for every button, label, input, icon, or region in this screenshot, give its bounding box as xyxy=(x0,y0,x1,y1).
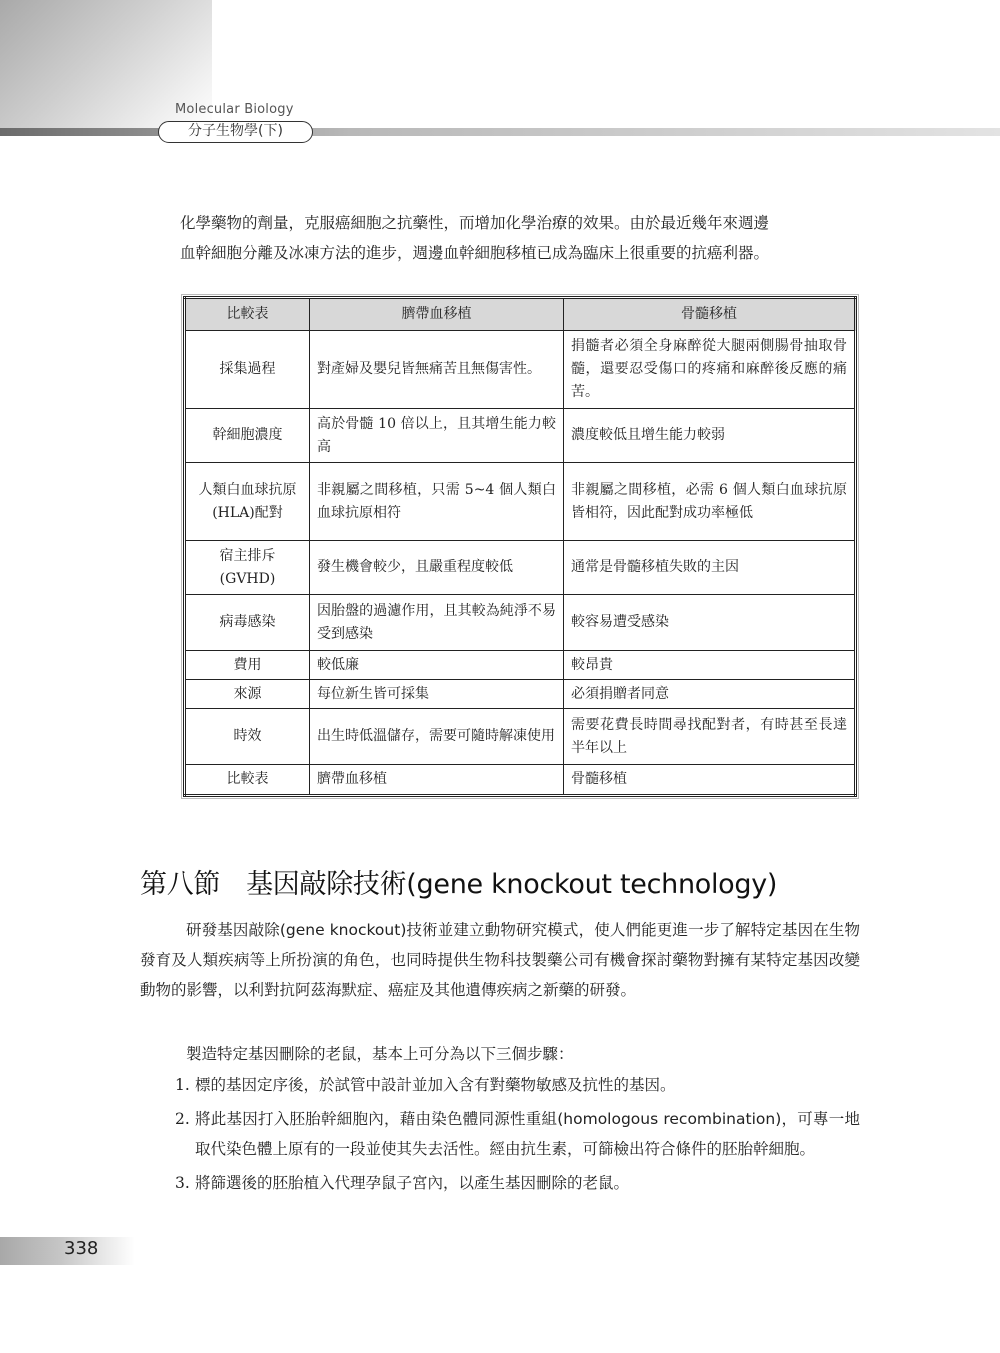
section-title: 基因敲除技術(gene knockout technology) xyxy=(246,869,777,900)
row-label: 採集過程 xyxy=(185,331,310,409)
cord-blood-cell: 臍帶血移植 xyxy=(310,765,564,796)
row-label: 人類白血球抗原(HLA)配對 xyxy=(185,463,310,541)
row-label: 病毒感染 xyxy=(185,595,310,651)
bone-marrow-cell: 必須捐贈者同意 xyxy=(564,680,856,709)
table-row: 來源 每位新生皆可採集 必須捐贈者同意 xyxy=(185,680,856,709)
bone-marrow-cell: 通常是骨髓移植失敗的主因 xyxy=(564,541,856,595)
running-title-chinese: 分子生物學(下) xyxy=(158,121,313,143)
step-text: 標的基因定序後，於試管中設計並加入含有對藥物敏感及抗性的基因。 xyxy=(189,1070,860,1100)
step-number: 3. xyxy=(175,1168,189,1198)
section-paragraph-1: 研發基因敲除(gene knockout)技術並建立動物研究模式，使人們能更進一… xyxy=(140,915,860,1005)
comparison-table: 比較表 臍帶血移植 骨髓移植 採集過程 對產婦及嬰兒皆無痛苦且無傷害性。 捐髓者… xyxy=(183,296,857,797)
table-row: 比較表 臍帶血移植 骨髓移植 xyxy=(185,765,856,796)
steps-list: 1. 標的基因定序後，於試管中設計並加入含有對藥物敏感及抗性的基因。 2. 將此… xyxy=(175,1070,860,1202)
bone-marrow-cell: 需要花費長時間尋找配對者，有時甚至長達半年以上 xyxy=(564,709,856,765)
step-number: 2. xyxy=(175,1104,189,1164)
intro-line: 化學藥物的劑量，克服癌細胞之抗藥性，而增加化學治療的效果。由於最近幾年來週邊 xyxy=(180,208,860,238)
bone-marrow-cell: 捐髓者必須全身麻醉從大腿兩側腸骨抽取骨髓，還要忍受傷口的疼痛和麻醉後反應的痛苦。 xyxy=(564,331,856,409)
table-row: 宿主排斥(GVHD) 發生機會較少，且嚴重程度較低 通常是骨髓移植失敗的主因 xyxy=(185,541,856,595)
bone-marrow-cell: 較容易遭受感染 xyxy=(564,595,856,651)
cord-blood-cell: 較低廉 xyxy=(310,651,564,680)
list-item: 1. 標的基因定序後，於試管中設計並加入含有對藥物敏感及抗性的基因。 xyxy=(175,1070,860,1100)
section-number: 第八節 xyxy=(140,869,220,900)
bone-marrow-cell: 骨髓移植 xyxy=(564,765,856,796)
cord-blood-cell: 因胎盤的過濾作用，且其較為純淨不易受到感染 xyxy=(310,595,564,651)
step-number: 1. xyxy=(175,1070,189,1100)
cord-blood-cell: 每位新生皆可採集 xyxy=(310,680,564,709)
row-label: 時效 xyxy=(185,709,310,765)
cord-blood-cell: 發生機會較少，且嚴重程度較低 xyxy=(310,541,564,595)
header-cell-category: 比較表 xyxy=(185,298,310,331)
table-row: 時效 出生時低溫儲存，需要可隨時解凍使用 需要花費長時間尋找配對者，有時甚至長達… xyxy=(185,709,856,765)
row-label: 來源 xyxy=(185,680,310,709)
row-label: 費用 xyxy=(185,651,310,680)
cord-blood-cell: 對產婦及嬰兒皆無痛苦且無傷害性。 xyxy=(310,331,564,409)
section-paragraph-2: 製造特定基因刪除的老鼠，基本上可分為以下三個步驟： xyxy=(140,1039,860,1069)
table-row: 採集過程 對產婦及嬰兒皆無痛苦且無傷害性。 捐髓者必須全身麻醉從大腿兩側腸骨抽取… xyxy=(185,331,856,409)
cord-blood-cell: 非親屬之間移植，只需 5~4 個人類白血球抗原相符 xyxy=(310,463,564,541)
header-cell-cord-blood: 臍帶血移植 xyxy=(310,298,564,331)
table-row: 費用 較低廉 較昂貴 xyxy=(185,651,856,680)
header-cell-bone-marrow: 骨髓移植 xyxy=(564,298,856,331)
cord-blood-cell: 出生時低溫儲存，需要可隨時解凍使用 xyxy=(310,709,564,765)
row-label: 幹細胞濃度 xyxy=(185,409,310,463)
bone-marrow-cell: 較昂貴 xyxy=(564,651,856,680)
cord-blood-cell: 高於骨髓 10 倍以上，且其增生能力較高 xyxy=(310,409,564,463)
table-row: 幹細胞濃度 高於骨髓 10 倍以上，且其增生能力較高 濃度較低且增生能力較弱 xyxy=(185,409,856,463)
list-item: 2. 將此基因打入胚胎幹細胞內，藉由染色體同源性重組(homologous re… xyxy=(175,1104,860,1164)
step-text: 將此基因打入胚胎幹細胞內，藉由染色體同源性重組(homologous recom… xyxy=(189,1104,860,1164)
step-text: 將篩選後的胚胎植入代理孕鼠子宮內，以產生基因刪除的老鼠。 xyxy=(189,1168,860,1198)
table-header-row: 比較表 臍帶血移植 骨髓移植 xyxy=(185,298,856,331)
header-rule-bar xyxy=(0,128,1000,136)
running-title-english: Molecular Biology xyxy=(175,102,294,117)
row-label: 比較表 xyxy=(185,765,310,796)
bone-marrow-cell: 濃度較低且增生能力較弱 xyxy=(564,409,856,463)
row-label: 宿主排斥(GVHD) xyxy=(185,541,310,595)
intro-line: 血幹細胞分離及冰凍方法的進步，週邊血幹細胞移植已成為臨床上很重要的抗癌利器。 xyxy=(180,238,860,268)
table-row: 人類白血球抗原(HLA)配對 非親屬之間移植，只需 5~4 個人類白血球抗原相符… xyxy=(185,463,856,541)
page-number: 338 xyxy=(64,1238,98,1259)
list-item: 3. 將篩選後的胚胎植入代理孕鼠子宮內，以產生基因刪除的老鼠。 xyxy=(175,1168,860,1198)
intro-paragraph: 化學藥物的劑量，克服癌細胞之抗藥性，而增加化學治療的效果。由於最近幾年來週邊 血… xyxy=(180,208,860,268)
bone-marrow-cell: 非親屬之間移植，必需 6 個人類白血球抗原皆相符，因此配對成功率極低 xyxy=(564,463,856,541)
section-heading: 第八節基因敲除技術(gene knockout technology) xyxy=(140,862,777,901)
table-row: 病毒感染 因胎盤的過濾作用，且其較為純淨不易受到感染 較容易遭受感染 xyxy=(185,595,856,651)
